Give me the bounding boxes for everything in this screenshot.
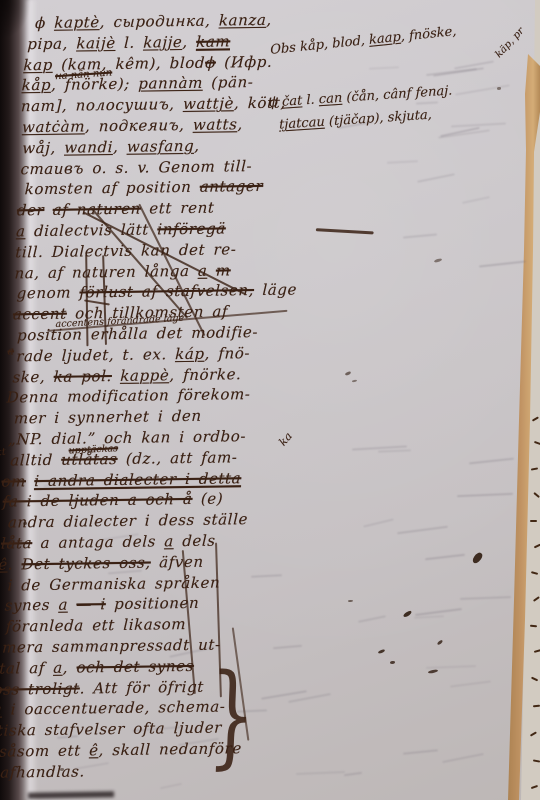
underlined-word: kaap xyxy=(369,30,401,48)
struck-word: införegä xyxy=(157,219,226,238)
word: såsom ett xyxy=(0,741,90,760)
underlined-word: wattjè xyxy=(183,94,235,113)
underlined-word: čat xyxy=(282,93,302,109)
underlined-word: watts xyxy=(193,115,238,134)
underlined-word: kåp xyxy=(21,76,51,94)
manuscript-line: om i andra dialecter i detta xyxy=(1,469,241,490)
word: , skall nedanföre xyxy=(98,739,242,759)
manuscript-line: ϕ kaptè, сыродинка, kanza, xyxy=(35,11,272,32)
word: alltid xyxy=(10,451,62,470)
manuscript-line: стаивъ o. s. v. Genom till- xyxy=(20,157,252,178)
underlined-word: kaptè xyxy=(54,13,100,32)
manuscript-line: a i oaccentuerade, schema- xyxy=(0,698,226,719)
manuscript-line: ske, ka pol. kappè, fnörke. xyxy=(12,365,242,386)
word: andra dialecter i dess ställe xyxy=(8,510,249,531)
manuscript-line: föranleda ett likasom xyxy=(6,615,187,636)
manuscript-line: tal af a, och det synes xyxy=(0,657,194,678)
word: „NP. dial.” och kan i ordbo- xyxy=(8,427,247,448)
struck-word: Det tyckes oss, xyxy=(21,553,151,573)
interlinear-insert: ka xyxy=(276,430,295,448)
manuscript-line: till. Dialectvis kan det re- xyxy=(15,240,237,261)
struck-word: och det synes xyxy=(76,657,194,677)
word: synes xyxy=(4,596,58,615)
word: läge xyxy=(254,281,298,300)
word: genom xyxy=(16,284,79,303)
underlined-word: can xyxy=(319,91,343,108)
word: ske, xyxy=(12,367,54,386)
struck-word: — i xyxy=(76,596,106,614)
pen-crossout-stroke xyxy=(316,228,374,234)
word: i oaccentuerade, schema- xyxy=(2,698,226,719)
underlined-word: watċàm xyxy=(22,117,86,136)
manuscript-line: Denna modification förekom- xyxy=(6,385,250,406)
word: , xyxy=(237,115,243,133)
manuscript-line: mer i synnerhet i den xyxy=(14,407,202,428)
word: pipa, xyxy=(27,34,77,53)
interlinear-insert: a xyxy=(7,344,14,357)
struck-word: oss troligt xyxy=(0,679,80,698)
word: nam], полосушиъ, xyxy=(21,95,184,115)
word: ϕ xyxy=(269,95,282,111)
word: l. xyxy=(302,92,319,108)
margin-note: tjatcau (tjäčap), skjuta, xyxy=(279,108,432,133)
word: стаивъ o. s. v. Genom till- xyxy=(20,157,252,178)
manuscript-line: pipa, kaijè l. kajje, kam xyxy=(27,32,231,53)
underlined-word: kaijè xyxy=(76,34,116,53)
underlined-word: káp xyxy=(175,345,205,363)
manuscript-line: i de Germaniska språken xyxy=(7,573,220,594)
manuscript-line: rade ljudet, t. ex. káp, fnö- xyxy=(16,344,251,365)
word: , fnö- xyxy=(204,344,250,363)
word: . xyxy=(7,555,21,573)
word: wåj, xyxy=(22,138,65,157)
word: , fnöske, xyxy=(400,24,456,45)
manuscript-line: position erhålla det modifie- xyxy=(17,323,259,344)
struck-word: kam xyxy=(196,32,231,50)
word: komsten af position xyxy=(24,178,200,198)
word: tiska stafvelser ofta ljuder xyxy=(0,719,222,740)
word: l. xyxy=(115,33,143,51)
struck-word: i andra dialecter i detta xyxy=(34,469,242,490)
struck-word: låta xyxy=(1,534,33,552)
manuscript-line: der af naturen ett rent xyxy=(17,199,215,220)
word: , xyxy=(63,658,77,676)
word: , сыродинка, xyxy=(100,11,220,31)
underlined-word: tjatcau xyxy=(279,115,325,133)
word: afhandlas. xyxy=(0,762,85,781)
word: , xyxy=(194,137,200,155)
struck-word: antager xyxy=(199,177,263,196)
underlined-word: kap xyxy=(23,55,53,73)
struck-word: om xyxy=(1,472,26,490)
struck-word: ka pol. xyxy=(53,367,112,386)
struck-word: der xyxy=(17,201,45,219)
word: (e) xyxy=(192,490,223,508)
word: . Att för öfrigt xyxy=(79,677,204,697)
manuscript-line: ê. Det tyckes oss, äfven xyxy=(0,553,204,574)
word: Obs kåp, blod, xyxy=(270,33,370,58)
manuscript-line: komsten af position antager xyxy=(24,177,263,198)
word: (čån, cânf fenaj. xyxy=(342,83,452,105)
word: dels xyxy=(174,532,216,551)
manuscript-line: oss troligt. Att för öfrigt xyxy=(0,677,204,698)
manuscript-line: synes a — i positionen xyxy=(4,594,199,615)
word: , подкеяиъ, xyxy=(85,116,194,136)
manuscript-photo: } ϕ kaptè, сыродинка, kanza,pipa, kaijè … xyxy=(0,0,540,800)
manuscript-line: tiska stafvelser ofta ljuder xyxy=(0,719,222,740)
word: i de Germaniska språken xyxy=(7,573,220,594)
word: till. Dialectvis kan det re- xyxy=(15,240,237,261)
underlined-word: pannàm xyxy=(138,74,203,93)
underlined-word: kajje xyxy=(143,33,183,52)
word: , xyxy=(113,138,127,156)
manuscript-line: såsom ett ê, skall nedanföre xyxy=(0,739,242,760)
margin-note: Obs kåp, blod, kaap, fnöske, xyxy=(270,24,457,58)
word: mera sammanpressadt ut- xyxy=(2,636,221,657)
word: , xyxy=(266,11,272,29)
interlinear-insert: käp, pr xyxy=(494,26,527,60)
underlined-word: kanza xyxy=(219,11,267,30)
struck-word: fa i de ljuden a och å xyxy=(2,490,192,511)
manuscript-line: „NP. dial.” och kan i ordbo- xyxy=(8,427,247,448)
underlined-word: wasfang xyxy=(127,137,195,156)
manuscript-line: nam], полосушиъ, wattjè, kött, xyxy=(21,94,287,116)
manuscript-line: fa i de ljuden a och å (e) xyxy=(2,490,223,511)
word: föranleda ett likasom xyxy=(6,615,187,636)
word: , fnörke. xyxy=(169,365,242,384)
word: rade ljudet, t. ex. xyxy=(16,345,176,365)
manuscript-line: mera sammanpressadt ut- xyxy=(2,636,221,657)
word: Denna modification förekom- xyxy=(6,385,250,406)
margin-note: ϕ čat l. can (čån, cânf fenaj. xyxy=(269,83,453,110)
word: (pän- xyxy=(203,73,254,92)
interlinear-insert: lätt xyxy=(0,447,6,460)
struck-word: ϕ xyxy=(205,53,217,71)
underlined-word: kappè xyxy=(120,366,170,385)
word: dialectvis lätt xyxy=(25,220,157,240)
word: äfven xyxy=(150,553,204,572)
manuscript-line: låta a antaga dels a dels xyxy=(1,532,216,553)
word: (Ифр. xyxy=(216,52,273,71)
manuscript-line: wåj, wandi, wasfang, xyxy=(22,137,200,157)
manuscript-line: andra dialecter i dess ställe xyxy=(8,510,249,531)
word: a antaga dels xyxy=(32,532,165,552)
word: ett rent xyxy=(141,199,215,218)
word: tal af xyxy=(0,659,54,678)
word: ϕ xyxy=(35,14,55,32)
underlined-word: wandi xyxy=(64,138,114,157)
struck-word: m xyxy=(216,261,232,279)
manuscript-line: watċàm, подкеяиъ, watts, xyxy=(22,115,243,136)
word: mer i synnerhet i den xyxy=(14,407,202,428)
word: position erhålla det modifie- xyxy=(17,323,259,344)
word: , xyxy=(182,33,196,51)
word: (tjäčap), skjuta, xyxy=(325,108,432,130)
manuscript-line: afhandlas. xyxy=(0,762,85,781)
handwritten-text-layer: } ϕ kaptè, сыродинка, kanza,pipa, kaijè … xyxy=(0,0,540,800)
word: (dz., att fam- xyxy=(117,448,238,468)
manuscript-line: alltid utlåtas (dz., att fam- xyxy=(10,448,238,469)
